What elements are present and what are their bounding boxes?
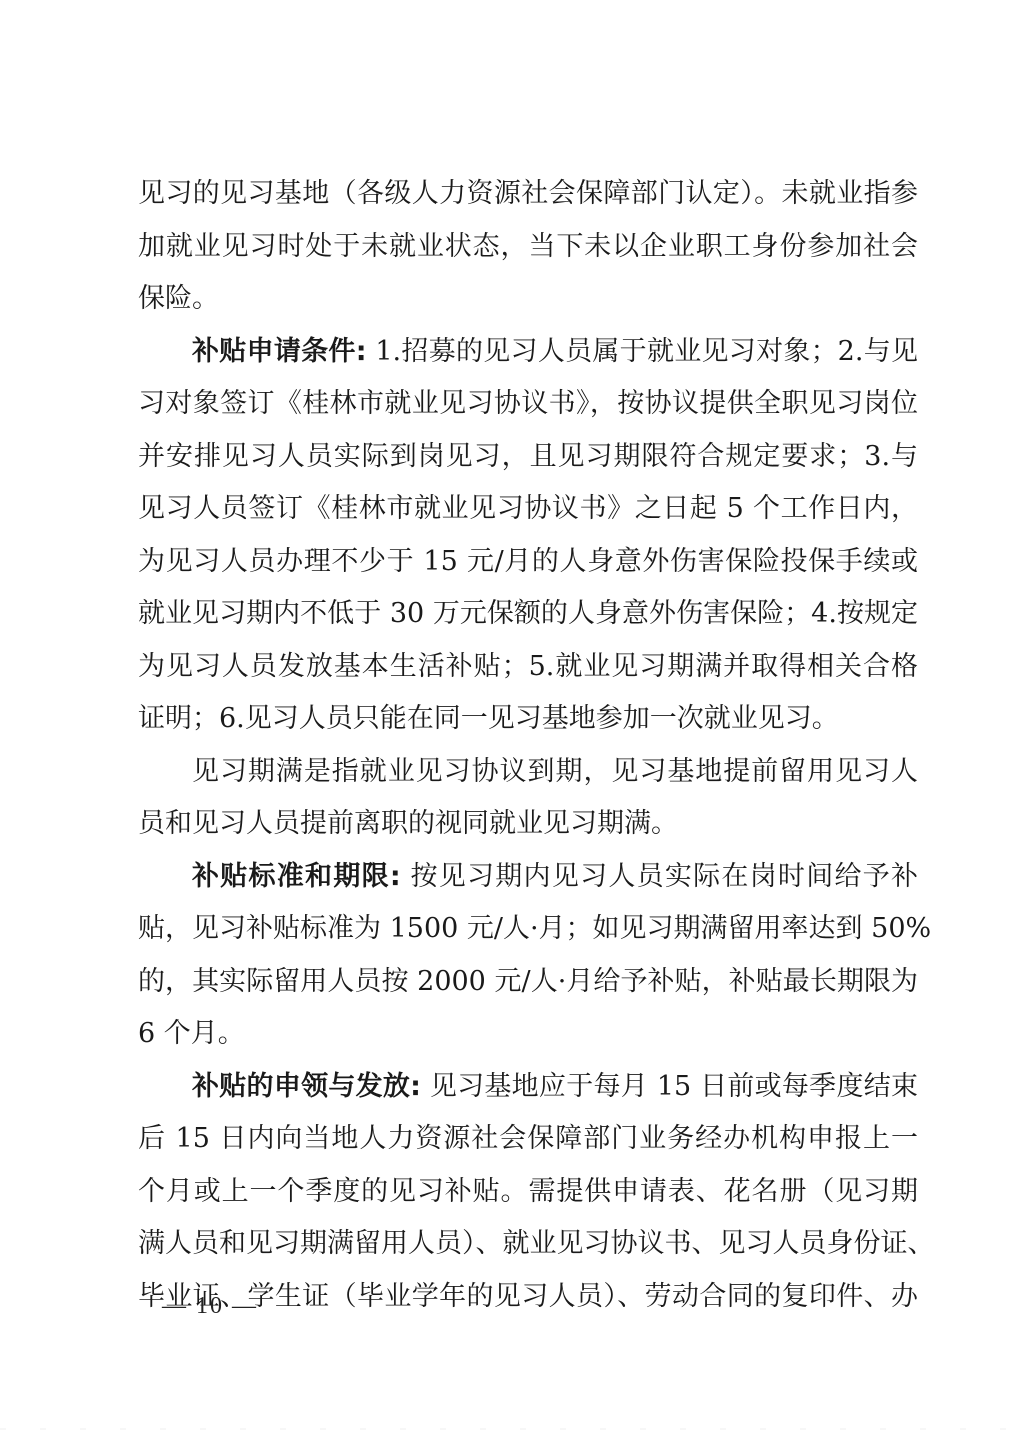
text-line: 为见习人员办理不少于 15 元/月的人身意外伤害保险投保手续或 (138, 536, 918, 589)
document-body: 见习的见习基地（各级人力资源社会保障部门认定）。未就业指参 加就业见习时处于未就… (138, 168, 918, 1323)
scan-bleed-through (0, 1428, 1024, 1430)
text-line: 满人员和见习期满留用人员）、就业见习协议书、见习人员身份证、 (138, 1218, 918, 1271)
text-line: 贴，见习补贴标准为 1500 元/人·月；如见习期满留用率达到 50% (138, 903, 918, 956)
text-span: 1.招募的见习人员属于就业见习对象；2.与见 (367, 336, 918, 367)
section-application-conditions: 补贴申请条件: 1.招募的见习人员属于就业见习对象；2.与见 (138, 326, 918, 379)
text-line: 并安排见习人员实际到岗见习，且见习期限符合规定要求；3.与 (138, 431, 918, 484)
section-heading: 补贴申请条件: (192, 336, 367, 367)
page-number: — 10 — (162, 1293, 258, 1320)
text-line: 保险。 (138, 273, 918, 326)
text-line: 个月或上一个季度的见习补贴。需提供申请表、花名册（见习期 (138, 1166, 918, 1219)
text-line: 后 15 日内向当地人力资源社会保障部门业务经办机构申报上一 (138, 1113, 918, 1166)
text-line: 加就业见习时处于未就业状态，当下未以企业职工身份参加社会 (138, 221, 918, 274)
text-span: 按见习期内见习人员实际在岗时间给予补 (401, 861, 918, 892)
text-span: 见习基地应于每月 15 日前或每季度结束 (421, 1071, 918, 1102)
text-line: 证明；6.见习人员只能在同一见习基地参加一次就业见习。 (138, 693, 918, 746)
text-line: 就业见习期内不低于 30 万元保额的人身意外伤害保险；4.按规定 (138, 588, 918, 641)
document-page: 见习的见习基地（各级人力资源社会保障部门认定）。未就业指参 加就业见习时处于未就… (0, 0, 1024, 1448)
section-heading: 补贴标准和期限: (192, 861, 401, 892)
section-subsidy-standard: 补贴标准和期限: 按见习期内见习人员实际在岗时间给予补 (138, 851, 918, 904)
text-line: 为见习人员发放基本生活补贴；5.就业见习期满并取得相关合格 (138, 641, 918, 694)
text-line: 的，其实际留用人员按 2000 元/人·月给予补贴，补贴最长期限为 (138, 956, 918, 1009)
text-line: 见习人员签订《桂林市就业见习协议书》之日起 5 个工作日内， (138, 483, 918, 536)
text-line: 员和见习人员提前离职的视同就业见习期满。 (138, 798, 918, 851)
section-heading: 补贴的申领与发放: (192, 1071, 421, 1102)
text-line: 见习的见习基地（各级人力资源社会保障部门认定）。未就业指参 (138, 168, 918, 221)
text-line: 习对象签订《桂林市就业见习协议书》，按协议提供全职见习岗位 (138, 378, 918, 431)
paragraph-internship-completion: 见习期满是指就业见习协议到期，见习基地提前留用见习人 (138, 746, 918, 799)
section-subsidy-claim: 补贴的申领与发放: 见习基地应于每月 15 日前或每季度结束 (138, 1061, 918, 1114)
text-line: 6 个月。 (138, 1008, 918, 1061)
